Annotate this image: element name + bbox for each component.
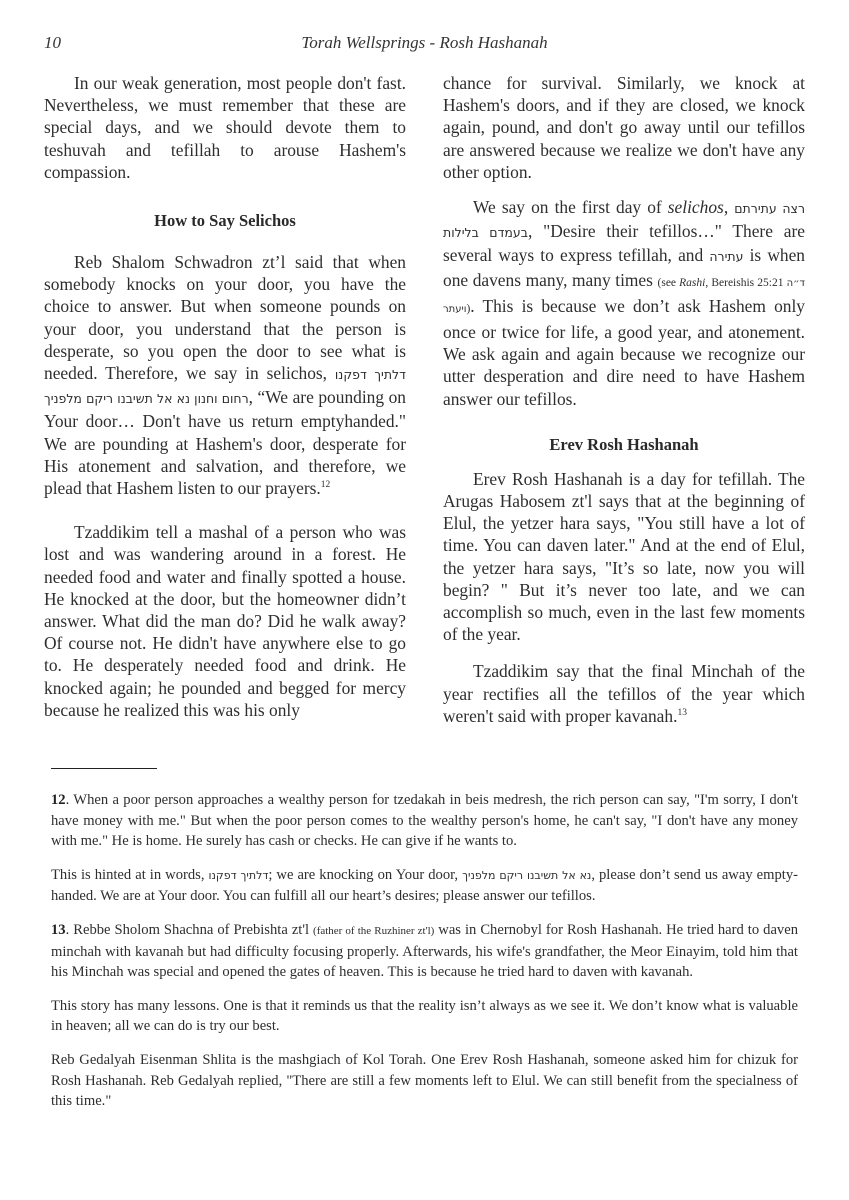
hebrew-quote: דלתיך דפקנו [209, 869, 269, 882]
footnote-ref-12[interactable]: 12 [321, 480, 331, 490]
paragraph: We say on the first day of selichos, רצה… [443, 196, 805, 410]
footnote-13: 13. Rebbe Sholom Shachna of Prebishta zt… [51, 920, 798, 983]
paragraph: Reb Shalom Schwadron zt’l said that when… [44, 251, 406, 499]
footnote-13-continued: Reb Gedalyah Eisenman Shlita is the mash… [51, 1050, 798, 1112]
footnote-number: 12 [51, 792, 66, 808]
hebrew-quote: נא אל תשיבנו ריקם מלפניך [462, 869, 591, 882]
footnote-number: 13 [51, 922, 66, 938]
section-heading-how-to-say-selichos: How to Say Selichos [44, 210, 406, 232]
right-column: chance for survival. Similarly, we knock… [443, 72, 805, 727]
footnotes: 12. When a poor person approaches a weal… [51, 790, 798, 1112]
left-column: In our weak generation, most people don'… [44, 72, 406, 721]
paragraph: chance for survival. Similarly, we knock… [443, 72, 805, 183]
paragraph: In our weak generation, most people don'… [44, 72, 406, 183]
footnote-divider [51, 768, 157, 769]
paragraph: Tzaddikim tell a mashal of a person who … [44, 521, 406, 721]
running-head: 10 Torah Wellsprings - Rosh Hashanah [44, 33, 805, 57]
footnote-12: 12. When a poor person approaches a weal… [51, 790, 798, 852]
running-title: Torah Wellsprings - Rosh Hashanah [44, 33, 805, 53]
footnote-ref-13[interactable]: 13 [677, 708, 687, 718]
hebrew-word: עתירה [709, 249, 743, 264]
footnote-12-continued: This is hinted at in words, דלתיך דפקנו;… [51, 865, 798, 907]
paragraph: Tzaddikim say that the final Minchah of … [443, 660, 805, 727]
paragraph: Erev Rosh Hashanah is a day for tefillah… [443, 468, 805, 646]
section-heading-erev-rosh-hashanah: Erev Rosh Hashanah [443, 434, 805, 456]
book-page: 10 Torah Wellsprings - Rosh Hashanah In … [0, 0, 849, 1200]
footnote-13-continued: This story has many lessons. One is that… [51, 996, 798, 1037]
